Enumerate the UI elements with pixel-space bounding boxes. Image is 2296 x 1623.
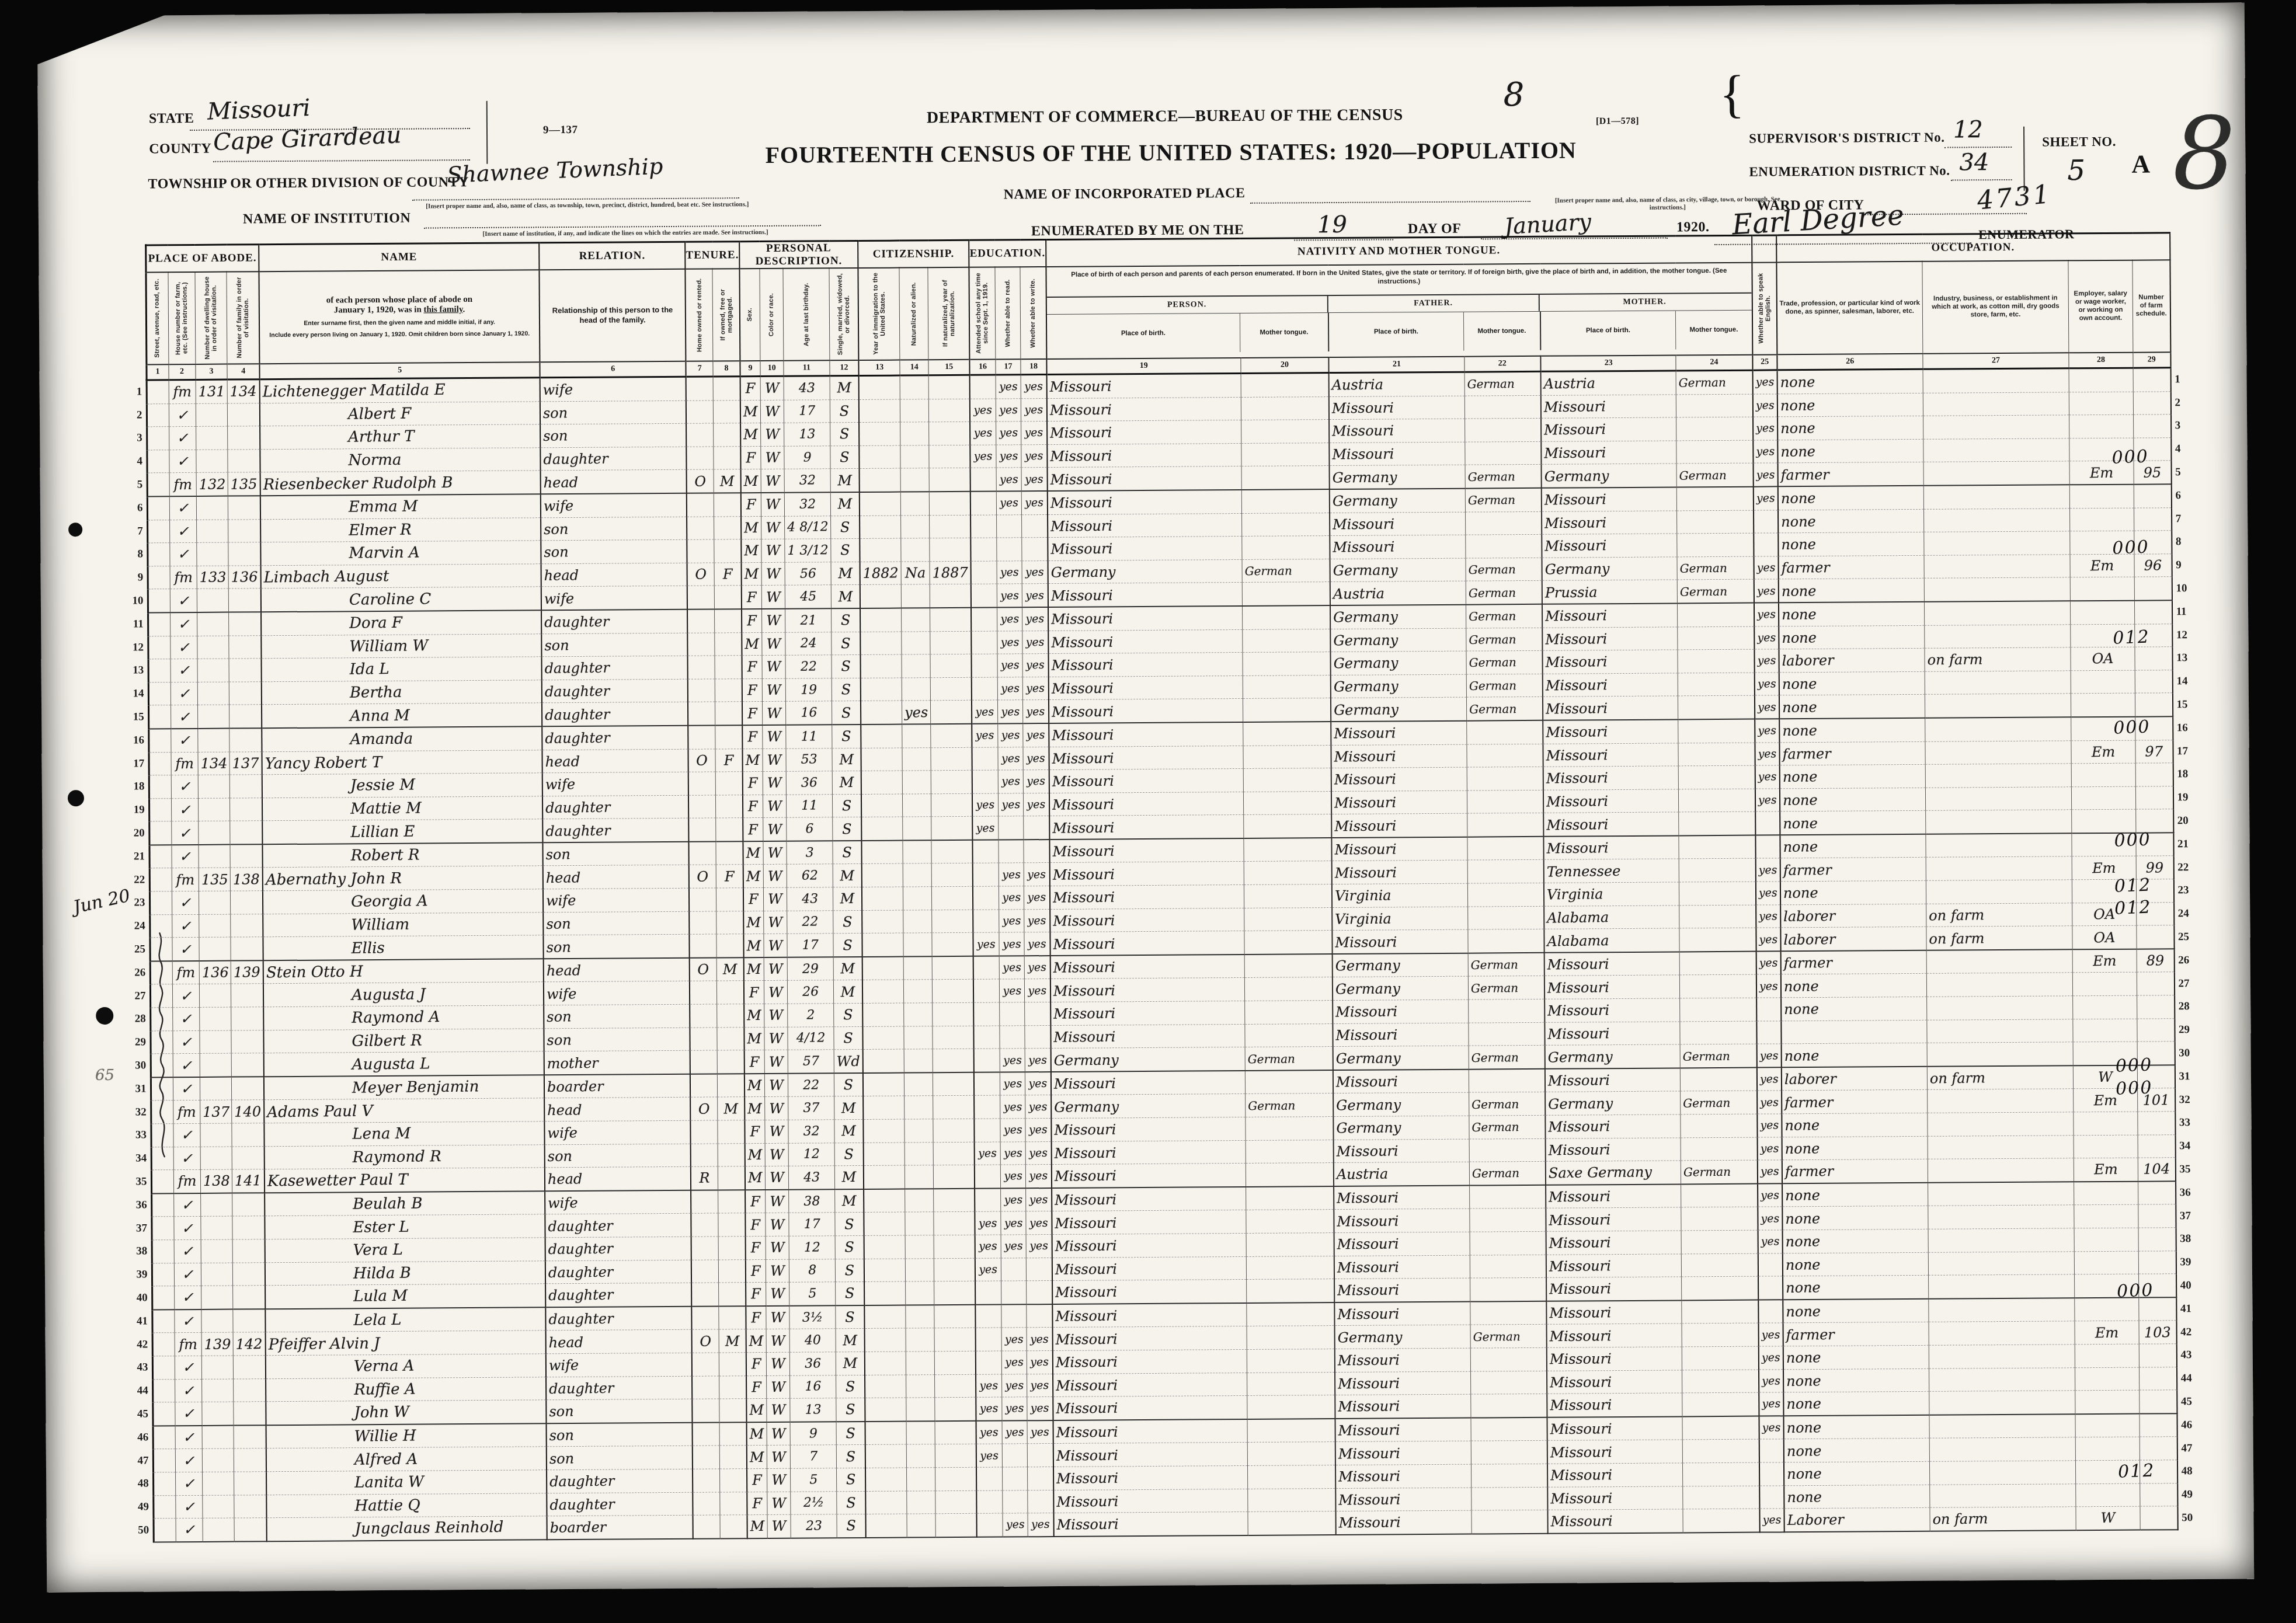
cell-c1	[148, 636, 170, 659]
cell-c12: M	[830, 375, 859, 399]
cell-c5: Alfred A	[266, 1447, 547, 1472]
cell-c20	[1248, 1511, 1336, 1535]
cell-c28	[2075, 1344, 2139, 1367]
margin-annotation: 012	[2114, 875, 2152, 897]
cell-c18	[1022, 538, 1048, 561]
cell-c17: yes	[996, 422, 1021, 445]
col-header-17: Whether able to read.	[995, 267, 1021, 359]
cell-c16	[972, 747, 998, 771]
cell-c16	[971, 584, 997, 607]
cell-c9: F	[743, 888, 763, 911]
cell-c2: ✓	[173, 1054, 200, 1077]
cell-c21: Missouri	[1334, 1185, 1469, 1210]
cell-c22	[1469, 1138, 1546, 1162]
cell-c16	[975, 1188, 1000, 1211]
cell-c24	[1678, 719, 1755, 743]
row-number-right: 25	[2174, 925, 2197, 949]
col-number-28: 28	[2069, 353, 2133, 368]
row-number-right: 5	[2171, 461, 2194, 484]
cell-c18: yes	[1027, 1397, 1053, 1420]
row-number-left: 19	[124, 799, 149, 822]
brace-glyph: {	[1719, 64, 1745, 124]
cell-c27	[1929, 1437, 2075, 1461]
cell-c3	[197, 659, 229, 682]
cell-c22: German	[1469, 1115, 1545, 1138]
cell-c5: Lichtenegger Matilda E	[260, 378, 540, 403]
row-number-right: 42	[2176, 1321, 2200, 1344]
cell-c6: daughter	[547, 1469, 693, 1493]
cell-c19: Missouri	[1049, 722, 1243, 747]
sheet-value-handwritten: 5	[2067, 154, 2085, 187]
cell-c10: W	[761, 586, 785, 609]
cell-c6: daughter	[545, 1214, 691, 1238]
cell-c6: daughter	[546, 1376, 692, 1400]
cell-c21: Missouri	[1333, 929, 1468, 954]
cell-c10: W	[761, 469, 784, 493]
cell-c20	[1244, 954, 1333, 978]
cell-c22	[1467, 790, 1543, 813]
cell-c3	[202, 1425, 234, 1448]
cell-c28: OA	[2072, 925, 2137, 949]
col-number-8: 8	[713, 361, 740, 377]
cell-c4	[234, 1378, 266, 1402]
cell-c5: Anna M	[262, 703, 542, 728]
cell-c8: F	[715, 748, 743, 772]
cell-c12: S	[834, 1003, 863, 1026]
cell-c17: yes	[1001, 1211, 1027, 1235]
cell-c18: yes	[1024, 956, 1050, 979]
county-rule	[213, 159, 470, 162]
cell-c13	[864, 1165, 905, 1189]
cell-c10: W	[766, 1236, 789, 1259]
cell-c24	[1679, 859, 1755, 882]
cell-c29	[2135, 763, 2173, 786]
cell-c10: W	[761, 516, 784, 539]
cell-c27	[1925, 601, 2071, 625]
cell-c29	[2138, 1251, 2176, 1274]
cell-c21: Missouri	[1334, 1139, 1469, 1163]
cell-c23: Missouri	[1545, 1068, 1681, 1092]
cell-c22	[1468, 999, 1544, 1022]
cell-c10: W	[764, 1097, 788, 1120]
cell-c8	[718, 1237, 746, 1260]
cell-c14	[906, 1281, 934, 1305]
cell-c5: Ida L	[262, 657, 542, 682]
cell-c6: daughter	[545, 1283, 691, 1307]
cell-c11: 26	[787, 980, 834, 1004]
cell-c1	[152, 1263, 174, 1286]
cell-c6: son	[546, 1399, 692, 1423]
cell-c21: Austria	[1330, 581, 1466, 605]
cell-c13	[860, 468, 901, 492]
cell-c3	[202, 1448, 234, 1472]
cell-c17: yes	[996, 491, 1022, 514]
cell-c14: Na	[901, 562, 930, 585]
cell-c21: Missouri	[1330, 535, 1466, 559]
cell-c27	[1925, 740, 2071, 764]
cell-c5: Elmer R	[260, 517, 541, 542]
cell-c8	[717, 981, 745, 1004]
cell-c20	[1247, 1465, 1335, 1489]
cell-c8: F	[714, 562, 742, 586]
cell-c25: yes	[1753, 417, 1777, 440]
cell-c27	[1929, 1321, 2075, 1345]
cell-c13	[861, 724, 902, 748]
cell-c29	[2133, 368, 2170, 392]
cell-c24	[1682, 1300, 1758, 1324]
cell-c17: yes	[997, 561, 1022, 584]
cell-c2: ✓	[174, 1263, 201, 1286]
col-number-12: 12	[830, 360, 859, 376]
col-header-20: Mother tongue.	[1240, 313, 1329, 352]
cell-c12: S	[833, 817, 862, 841]
cell-c15	[930, 492, 971, 516]
cell-c24: German	[1678, 579, 1754, 603]
cell-c5: Adams Paul V	[264, 1098, 544, 1123]
cell-c22: German	[1468, 976, 1544, 999]
cell-c12: S	[836, 1282, 865, 1305]
cell-c19: Missouri	[1053, 1419, 1247, 1444]
cell-c16	[976, 1304, 1001, 1328]
group-header: EDUCATION.	[969, 240, 1046, 267]
cell-c26: none	[1778, 532, 1924, 556]
row-number-left: 44	[127, 1379, 152, 1402]
cell-c12: S	[834, 1026, 863, 1050]
cell-c4	[234, 1402, 266, 1425]
cell-c1	[153, 1472, 175, 1496]
col-header-11: Age at last birthday.	[783, 268, 830, 360]
col-header-14: Naturalized or alien.	[899, 267, 928, 360]
cell-c8	[714, 423, 741, 447]
col-number-9: 9	[740, 361, 760, 377]
cell-c28	[2071, 670, 2135, 694]
cell-c12: M	[834, 1119, 864, 1143]
row-number-right: 48	[2177, 1460, 2200, 1483]
cell-c21: Germany	[1331, 674, 1466, 698]
cell-c6: head	[546, 1330, 692, 1354]
cell-c6: wife	[541, 493, 687, 518]
cell-c14	[900, 492, 929, 515]
cell-c8	[716, 911, 744, 934]
cell-c1	[147, 543, 169, 566]
cell-c22	[1471, 1464, 1547, 1487]
cell-c25: yes	[1755, 695, 1779, 719]
cell-c27	[1926, 833, 2072, 858]
cell-c1	[151, 1054, 173, 1077]
cell-c8	[718, 1213, 746, 1237]
cell-c16	[974, 1026, 1000, 1049]
cell-c4	[233, 1286, 266, 1309]
cell-c12: M	[831, 585, 860, 608]
cell-c5: Georgia A	[263, 889, 543, 914]
cell-c14	[900, 399, 928, 422]
cell-c7	[691, 1237, 719, 1260]
cell-c15	[930, 515, 971, 538]
header-brace-line	[486, 101, 488, 164]
cell-c1	[151, 1217, 173, 1240]
cell-c18	[1027, 1258, 1052, 1281]
cell-c6: head	[542, 749, 688, 773]
cell-c19: Missouri	[1048, 490, 1242, 514]
cell-c19: Missouri	[1048, 653, 1243, 677]
cell-c7	[693, 1492, 720, 1515]
cell-c14	[901, 515, 930, 538]
cell-c13	[862, 980, 904, 1003]
cell-c24	[1678, 695, 1755, 719]
cell-c5: Caroline C	[261, 587, 541, 612]
cell-c5: Norma	[260, 448, 540, 473]
cell-c18: yes	[1027, 1350, 1053, 1374]
cell-c23: Missouri	[1547, 1486, 1683, 1510]
cell-c22	[1470, 1371, 1547, 1394]
row-number-left: 20	[124, 821, 149, 845]
cell-c20	[1243, 791, 1331, 815]
enumeration-label: ENUMERATION DISTRICT No.	[1749, 163, 1950, 180]
cell-c7: O	[688, 749, 716, 772]
cell-c12: S	[832, 632, 861, 655]
cell-c13	[861, 654, 902, 678]
cell-c15	[933, 1026, 974, 1049]
cell-c23: Virginia	[1544, 882, 1679, 906]
row-number-left: 12	[123, 636, 148, 659]
cell-c22	[1469, 1185, 1546, 1209]
cell-c14	[906, 1352, 934, 1375]
cell-c14	[905, 1235, 934, 1259]
cell-c10: W	[763, 887, 787, 911]
cell-c10: W	[766, 1305, 789, 1329]
cell-c16	[977, 1513, 1003, 1537]
cell-c5: Jessie M	[262, 773, 542, 798]
cell-c3	[197, 682, 229, 705]
row-number-right: 7	[2172, 507, 2195, 531]
cell-c12: M	[833, 864, 862, 887]
cell-c14	[906, 1444, 935, 1468]
cell-c10: W	[763, 795, 786, 818]
cell-c6: wife	[540, 377, 686, 401]
row-number-left: 50	[128, 1518, 154, 1542]
cell-c10: W	[763, 771, 786, 795]
cell-c10: W	[766, 1352, 789, 1375]
cell-c4	[228, 426, 260, 450]
sheet-extra-handwritten: 4731	[1976, 179, 2053, 216]
cell-c18	[1022, 514, 1048, 538]
row-number-left: 45	[127, 1402, 152, 1426]
cell-c11: 22	[785, 655, 832, 678]
cell-c8	[719, 1422, 747, 1446]
cell-c4	[234, 1448, 267, 1472]
cell-c11: 29	[787, 957, 834, 981]
row-number-left: 42	[127, 1333, 152, 1356]
cell-c16	[970, 492, 996, 515]
cell-c17: yes	[1000, 1165, 1026, 1188]
cell-c7	[686, 377, 714, 400]
day-of-label: DAY OF	[1408, 221, 1461, 238]
cell-c6: daughter	[542, 795, 688, 819]
cell-c24: German	[1681, 1091, 1757, 1114]
cell-c23: Prussia	[1542, 580, 1678, 604]
cell-c1	[148, 705, 171, 729]
cell-c26: none	[1783, 1275, 1929, 1300]
cell-c24	[1677, 533, 1754, 556]
cell-c14	[902, 654, 930, 678]
col-header-24: Mother tongue.	[1676, 311, 1752, 350]
cell-c4: 140	[232, 1100, 265, 1123]
cell-c9: M	[743, 934, 763, 957]
cell-c22: German	[1466, 628, 1542, 651]
cell-c11: 22	[787, 910, 833, 934]
row-number-right: 47	[2177, 1437, 2200, 1460]
cell-c4	[234, 1495, 267, 1518]
cell-c15	[931, 770, 972, 793]
cell-c12: S	[837, 1491, 866, 1514]
row-number-left: 18	[124, 775, 149, 799]
cell-c6: son	[543, 911, 689, 935]
cell-c3: 135	[199, 868, 231, 891]
institution-rule	[424, 225, 821, 228]
cell-c5: Amanda	[262, 726, 542, 751]
cell-c21: Missouri	[1335, 1464, 1471, 1488]
cell-c10: W	[767, 1446, 790, 1469]
cell-c9: M	[743, 748, 763, 772]
cell-c18: yes	[1024, 932, 1050, 956]
cell-c19: Missouri	[1048, 583, 1243, 607]
cell-c26: none	[1782, 1206, 1928, 1230]
cell-c18: yes	[1025, 1141, 1051, 1165]
cell-c10: W	[767, 1422, 790, 1445]
cell-c29: 97	[2135, 740, 2173, 763]
cell-c24	[1678, 626, 1754, 650]
cell-c25: yes	[1757, 1067, 1782, 1091]
cell-c28	[2071, 601, 2135, 625]
cell-c22	[1466, 720, 1543, 744]
row-number-right: 11	[2172, 600, 2196, 624]
cell-c28: Em	[2074, 1158, 2138, 1182]
scan-spot-artifact	[96, 1007, 113, 1025]
cell-c23: Missouri	[1547, 1416, 1683, 1441]
cell-c4: 136	[228, 565, 261, 588]
cell-c7	[687, 586, 715, 609]
cell-c11: 12	[789, 1236, 836, 1259]
cell-c16	[971, 538, 997, 561]
cell-c3: 132	[196, 472, 228, 496]
cell-c12: S	[832, 701, 861, 725]
cell-c23: Germany	[1545, 1091, 1681, 1115]
cell-c10: W	[765, 1143, 788, 1166]
cell-c23: Missouri	[1543, 743, 1679, 767]
cell-c24	[1676, 417, 1753, 440]
cell-c19: Missouri	[1047, 443, 1241, 468]
cell-c19: Missouri	[1052, 1233, 1246, 1258]
cell-c14	[902, 608, 930, 631]
cell-c22: German	[1470, 1325, 1547, 1348]
cell-c15	[929, 468, 970, 492]
cell-c14	[906, 1398, 935, 1421]
cell-c24	[1679, 882, 1756, 905]
cell-c1	[149, 845, 171, 868]
cell-c19: Missouri	[1053, 1349, 1247, 1374]
cell-c9: F	[742, 725, 762, 748]
cell-c16	[971, 561, 997, 584]
cell-c9: F	[745, 1190, 765, 1213]
cell-c13	[865, 1328, 906, 1352]
cell-c8	[716, 934, 744, 957]
col-number-3: 3	[195, 364, 227, 380]
cell-c24	[1681, 1230, 1758, 1253]
row-number-right: 49	[2177, 1483, 2201, 1506]
cell-c28: Em	[2072, 949, 2137, 973]
cell-c29	[2135, 670, 2172, 693]
cell-c3	[201, 1263, 233, 1286]
cell-c17: yes	[999, 979, 1025, 1002]
cell-c2: ✓	[175, 1426, 202, 1449]
cell-c25: yes	[1757, 1114, 1782, 1137]
cell-c12: S	[835, 1235, 864, 1259]
cell-c24	[1678, 649, 1754, 673]
col-number-15: 15	[928, 360, 970, 375]
cell-c4: 135	[228, 472, 260, 496]
cell-c29	[2135, 693, 2172, 716]
cell-c12: M	[833, 957, 862, 980]
cell-c9: M	[745, 1097, 764, 1120]
cell-c17: yes	[1003, 1513, 1028, 1537]
cell-c22: German	[1464, 371, 1541, 395]
cell-c5: Jungclaus Reinhold	[267, 1516, 547, 1541]
cell-c6: wife	[541, 586, 687, 611]
cell-c9: M	[745, 1166, 765, 1190]
cell-c7	[689, 911, 716, 935]
cell-c12: S	[835, 1259, 864, 1282]
cell-c24	[1681, 1183, 1758, 1207]
cell-c28	[2074, 1181, 2138, 1205]
cell-c25	[1758, 1300, 1783, 1323]
cell-c3	[197, 588, 229, 612]
cell-c25: yes	[1759, 1346, 1783, 1370]
cell-c2: ✓	[169, 427, 196, 450]
cell-c12: M	[834, 1096, 864, 1120]
cell-c26: none	[1783, 1391, 1929, 1416]
cell-c19: Missouri	[1048, 629, 1243, 654]
cell-c2: ✓	[173, 1193, 200, 1217]
cell-c7: O	[690, 957, 717, 981]
cell-c27	[1928, 1135, 2074, 1159]
cell-c22: German	[1469, 1046, 1545, 1070]
cell-c24	[1678, 603, 1754, 627]
cell-c22	[1464, 441, 1541, 465]
cell-c3	[201, 1239, 233, 1263]
cell-c27	[1927, 996, 2073, 1020]
cell-c1	[147, 427, 169, 450]
cell-c3	[201, 1309, 233, 1332]
cell-c5: Lanita W	[266, 1470, 547, 1495]
cell-c16	[970, 375, 996, 399]
row-number-right: 17	[2173, 740, 2196, 763]
cell-c22: German	[1465, 465, 1542, 489]
row-number-right: 2	[2170, 391, 2194, 415]
cell-c9: F	[744, 981, 764, 1004]
cell-c18: yes	[1025, 1049, 1050, 1072]
cell-c3	[197, 636, 229, 659]
cell-c16: yes	[976, 1374, 1001, 1398]
cell-c7	[692, 1399, 719, 1422]
cell-c16	[972, 770, 998, 793]
cell-c20	[1242, 605, 1330, 629]
cell-c7	[690, 1050, 718, 1074]
cell-c18: yes	[1021, 422, 1047, 445]
cell-c17: yes	[1002, 1397, 1028, 1420]
cell-c5: Albert F	[260, 401, 540, 426]
cell-c6: son	[541, 633, 687, 657]
cell-c29	[2138, 1228, 2176, 1251]
